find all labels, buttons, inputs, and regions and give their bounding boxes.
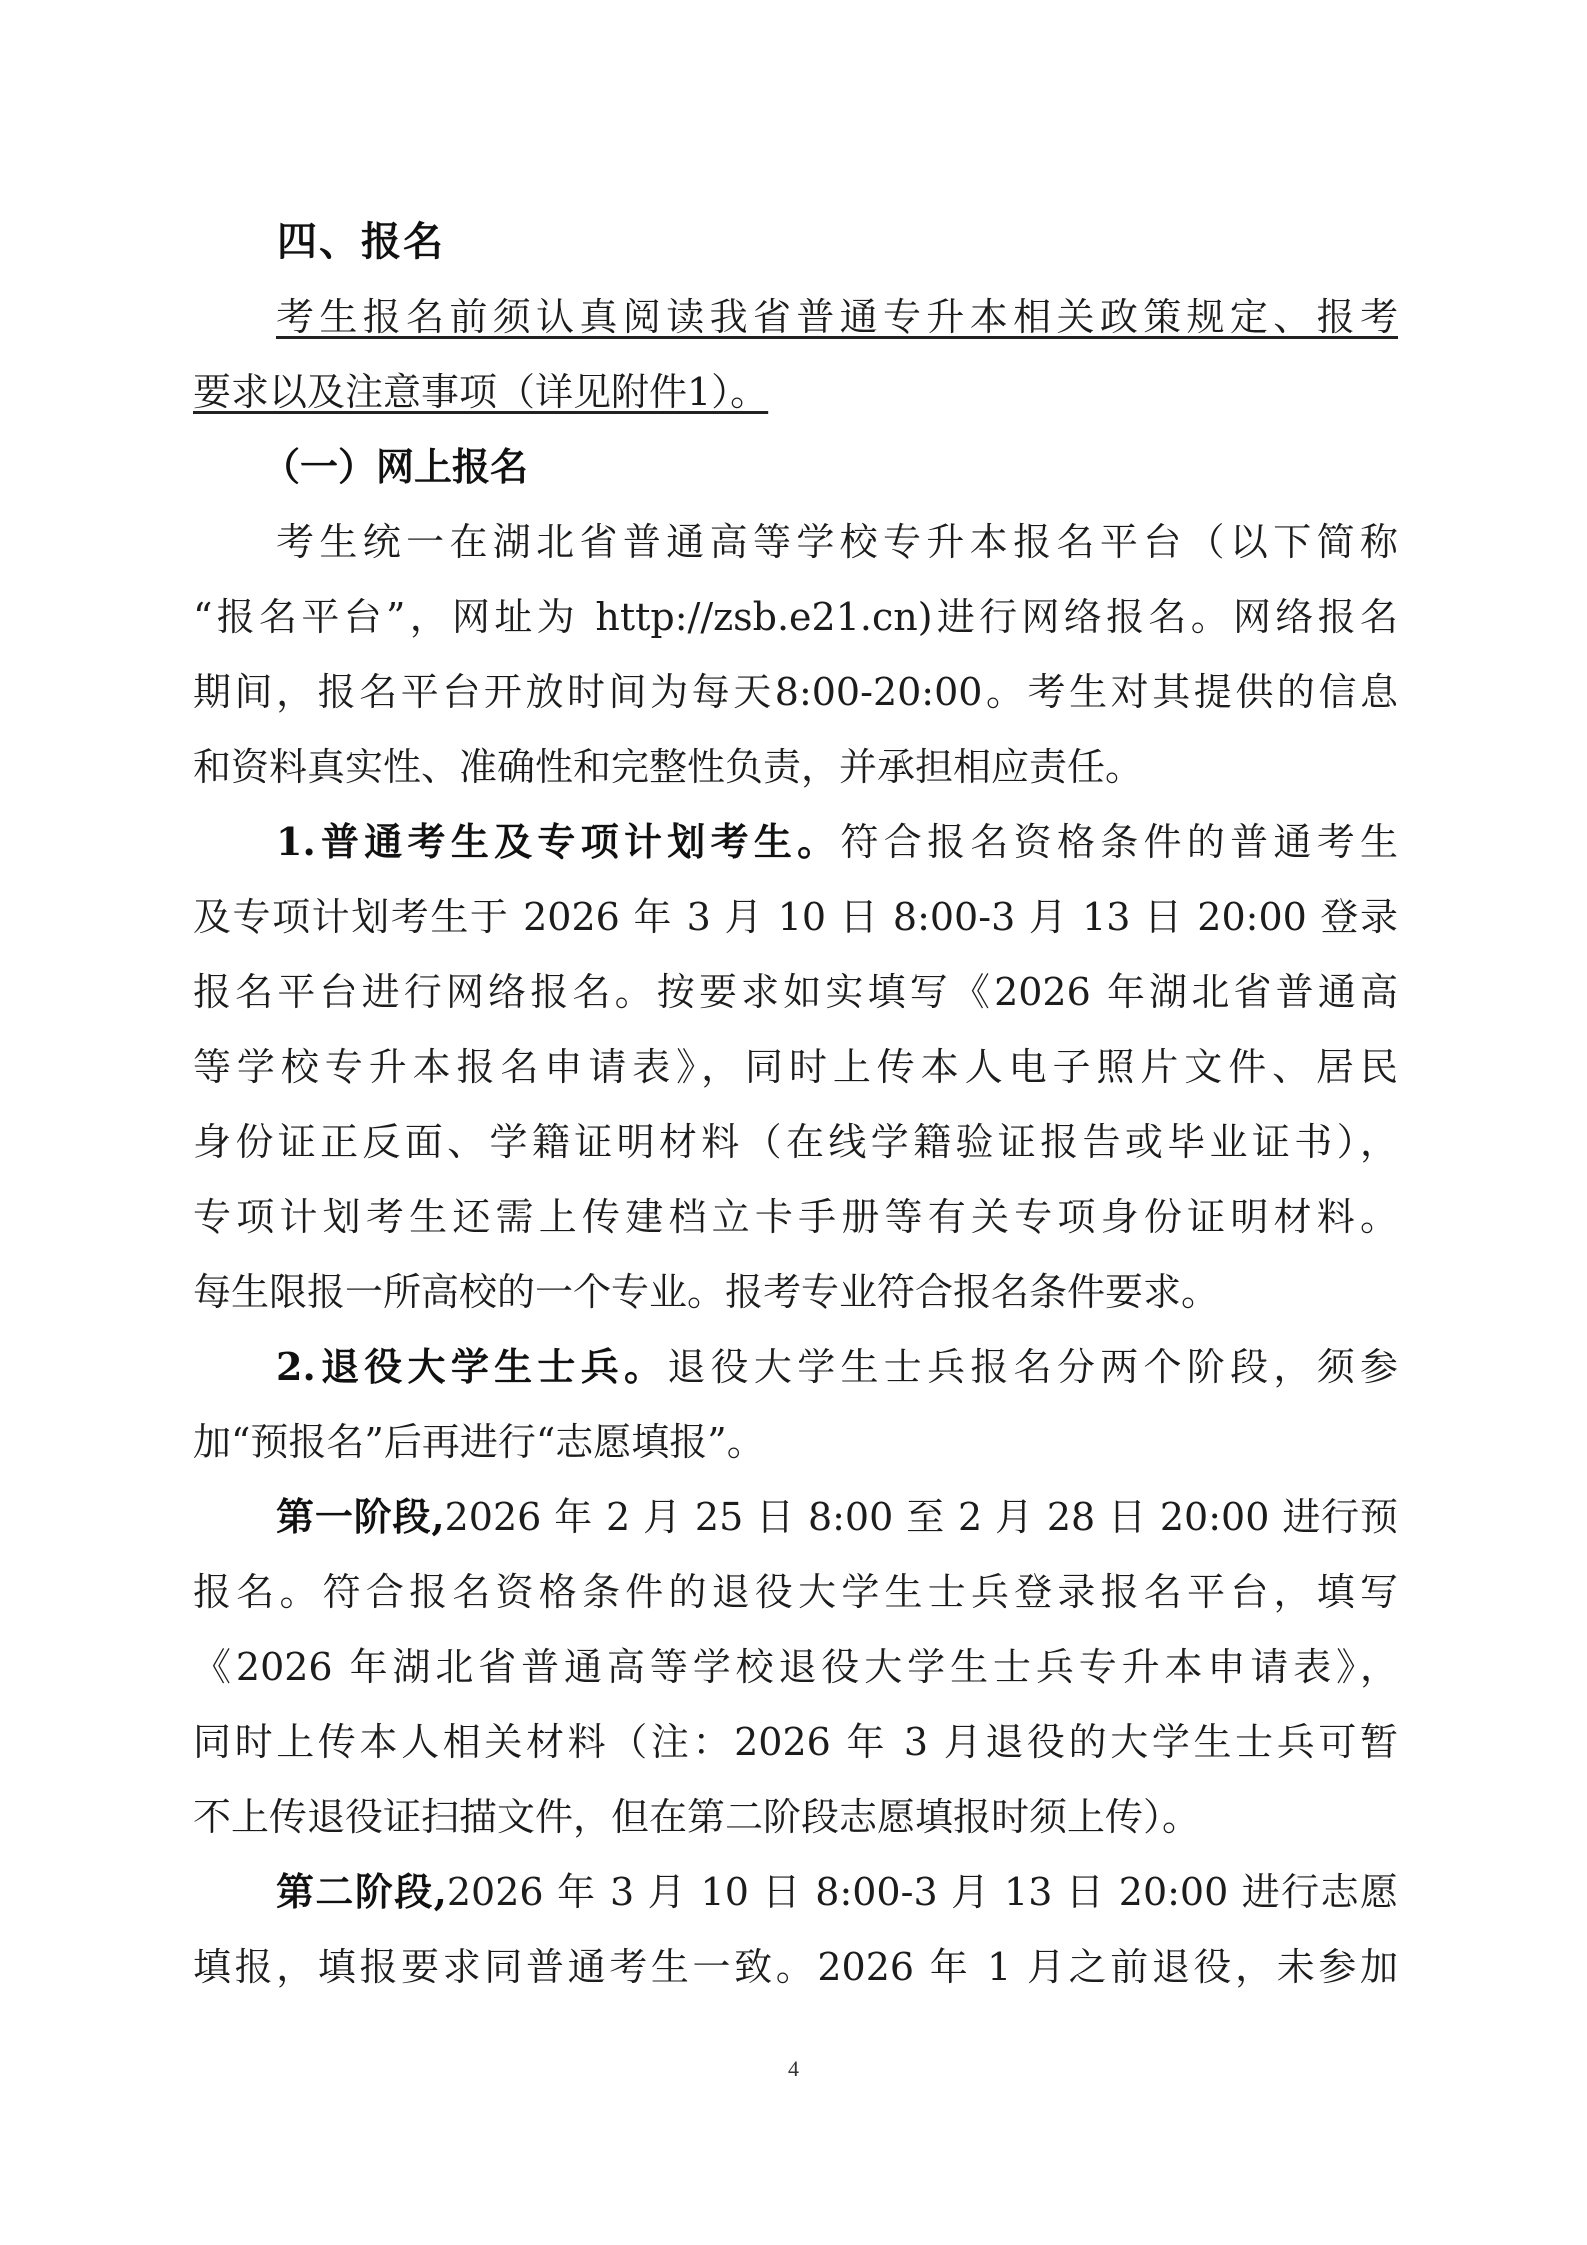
item1-line-2: 及专项计划考生于 2026 年 3 月 10 日 8:00-3 月 13 日 2… bbox=[193, 887, 1398, 947]
item2-line-2: 加“预报名”后再进行“志愿填报”。 bbox=[193, 1412, 1398, 1472]
stage2-first-line-text: 2026 年 3 月 10 日 8:00-3 月 13 日 20:00 进行志愿 bbox=[447, 1870, 1398, 1914]
intro-line-1: 考生统一在湖北省普通高等学校专升本报名平台（以下简称 bbox=[276, 512, 1398, 572]
item2-title: 2.退役大学生士兵。 bbox=[276, 1344, 667, 1389]
item1-first-line: 1.普通考生及专项计划考生。符合报名资格条件的普通考生 bbox=[276, 812, 1398, 872]
stage1-line-2: 报名。符合报名资格条件的退役大学生士兵登录报名平台，填写 bbox=[193, 1562, 1398, 1622]
item1-line-7: 每生限报一所高校的一个专业。报考专业符合报名条件要求。 bbox=[193, 1262, 1398, 1322]
stage2-first-line: 第二阶段,2026 年 3 月 10 日 8:00-3 月 13 日 20:00… bbox=[276, 1862, 1398, 1922]
stage1-line-3: 《2026 年湖北省普通高等学校退役大学生士兵专升本申请表》， bbox=[193, 1637, 1398, 1697]
stage2-title: 第二阶段, bbox=[276, 1869, 447, 1914]
intro-line-2: “报名平台”，网址为 http://zsb.e21.cn)进行网络报名。网络报名 bbox=[193, 587, 1398, 647]
stage1-title: 第一阶段, bbox=[276, 1494, 445, 1539]
item1-line-5: 身份证正反面、学籍证明材料（在线学籍验证报告或毕业证书）， bbox=[193, 1112, 1398, 1172]
intro-line-4: 和资料真实性、准确性和完整性负责，并承担相应责任。 bbox=[193, 737, 1398, 797]
stage2-line-2: 填报，填报要求同普通考生一致。2026 年 1 月之前退役，未参加 bbox=[193, 1937, 1398, 1997]
intro-line-3: 期间，报名平台开放时间为每天8:00-20:00。考生对其提供的信息 bbox=[193, 662, 1398, 722]
notice-line-2: 要求以及注意事项（详见附件1）。 bbox=[193, 362, 1398, 422]
section-heading: 四、报名 bbox=[277, 212, 1482, 272]
subsection-heading: （一）网上报名 bbox=[262, 437, 1467, 497]
item2-first-line-text: 退役大学生士兵报名分两个阶段，须参 bbox=[667, 1345, 1398, 1389]
stage1-first-line-text: 2026 年 2 月 25 日 8:00 至 2 月 28 日 20:00 进行… bbox=[445, 1495, 1398, 1539]
notice-line-1: 考生报名前须认真阅读我省普通专升本相关政策规定、报考 bbox=[276, 287, 1398, 347]
item1-line-6: 专项计划考生还需上传建档立卡手册等有关专项身份证明材料。 bbox=[193, 1187, 1398, 1247]
item1-line-4: 等学校专升本报名申请表》，同时上传本人电子照片文件、居民 bbox=[193, 1037, 1398, 1097]
document-page: 四、报名 考生报名前须认真阅读我省普通专升本相关政策规定、报考 要求以及注意事项… bbox=[0, 0, 1587, 2245]
item1-line-3: 报名平台进行网络报名。按要求如实填写《2026 年湖北省普通高 bbox=[193, 962, 1398, 1022]
stage1-line-4: 同时上传本人相关材料（注：2026 年 3 月退役的大学生士兵可暂 bbox=[193, 1712, 1398, 1772]
stage1-line-5: 不上传退役证扫描文件，但在第二阶段志愿填报时须上传）。 bbox=[193, 1787, 1398, 1847]
page-number: 4 bbox=[0, 2056, 1587, 2082]
item1-first-line-text: 符合报名资格条件的普通考生 bbox=[840, 820, 1398, 864]
stage1-first-line: 第一阶段,2026 年 2 月 25 日 8:00 至 2 月 28 日 20:… bbox=[276, 1487, 1398, 1547]
item2-first-line: 2.退役大学生士兵。退役大学生士兵报名分两个阶段，须参 bbox=[276, 1337, 1398, 1397]
item1-title: 1.普通考生及专项计划考生。 bbox=[276, 819, 840, 864]
